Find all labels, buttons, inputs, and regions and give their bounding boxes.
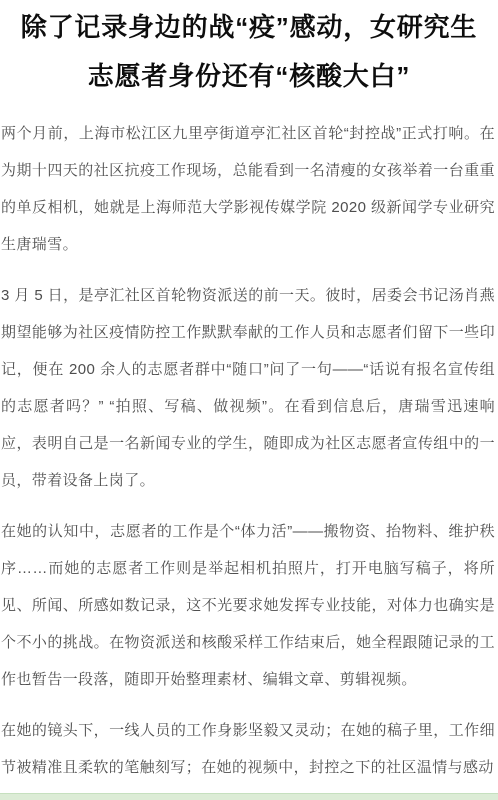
article-paragraph-recruitment: 3 月 5 日，是亭汇社区首轮物资派送的前一天。彼时，居委会书记汤肖燕期望能够为…: [1, 277, 495, 499]
article-title-line-2: 志愿者身份还有“核酸大白”: [0, 52, 498, 101]
article-paragraph-records: 在她的镜头下，一线人员的工作身影坚毅又灵动；在她的稿子里，工作细节被精准且柔软的…: [1, 712, 495, 786]
article-body: 两个月前，上海市松江区九里亭街道亭汇社区首轮“封控战”正式打响。在为期十四天的社…: [0, 115, 498, 786]
bottom-green-divider: [0, 793, 498, 800]
article-paragraph-volunteer-work: 在她的认知中，志愿者的工作是个“体力活”——搬物资、抬物料、维护秩序……而她的志…: [1, 513, 495, 698]
article-page: 除了记录身边的战“疫”感动，女研究生 志愿者身份还有“核酸大白” 两个月前，上海…: [0, 0, 498, 800]
article-title: 除了记录身边的战“疫”感动，女研究生 志愿者身份还有“核酸大白”: [0, 0, 498, 101]
article-title-line-1: 除了记录身边的战“疫”感动，女研究生: [0, 3, 498, 52]
article-paragraph-intro: 两个月前，上海市松江区九里亭街道亭汇社区首轮“封控战”正式打响。在为期十四天的社…: [1, 115, 495, 263]
